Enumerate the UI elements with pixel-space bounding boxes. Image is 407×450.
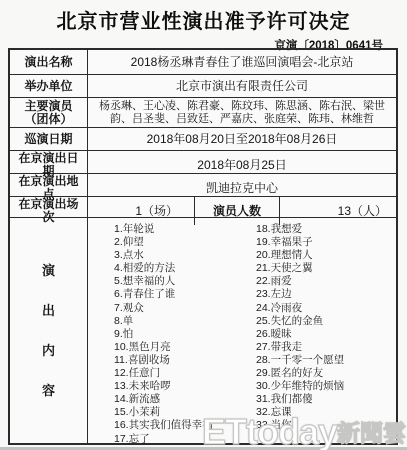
row-organizer: 举办单位 北京市演出有限责任公司 xyxy=(10,75,396,98)
song-list: 1.年轮说 2.仰望 3.点水 4.相爱的方法 5.想幸福的人 6.青春住了谁 … xyxy=(88,218,396,443)
row-performance-content: 演 出 内 容 1.年轮说 2.仰望 3.点水 4.相爱的方法 5.想幸福的人 … xyxy=(10,218,396,443)
song-item: 10.黑色月亮 xyxy=(114,341,213,354)
song-item: 12.任意门 xyxy=(114,367,213,380)
song-item: 21.天使之翼 xyxy=(256,262,344,275)
song-item: 20.理想情人 xyxy=(256,249,344,262)
tour-dates-value: 2018年08月20日至2018年08月26日 xyxy=(88,128,396,150)
row-show-counts: 在京演出场次 1（场） 演员人数 13（人） xyxy=(10,197,396,218)
main-performers-label: 主要演员（团体） xyxy=(10,98,88,127)
song-item: 19.幸福果子 xyxy=(256,236,344,249)
song-item: 27.带我走 xyxy=(256,341,344,354)
song-list-left-column: 1.年轮说 2.仰望 3.点水 4.相爱的方法 5.想幸福的人 6.青春住了谁 … xyxy=(114,223,213,446)
song-item: 23.左边 xyxy=(256,288,344,301)
song-item: 9.怕 xyxy=(114,328,213,341)
song-list-right-column: 18.我想爱 19.幸福果子 20.理想情人 21.天使之翼 22.雨爱 23.… xyxy=(256,223,344,433)
performance-content-label: 演 出 内 容 xyxy=(10,218,88,443)
permit-document: 北京市营业性演出准予许可决定 京演〔2018〕0641号 演出名称 2018杨丞… xyxy=(0,0,407,53)
performance-name-value: 2018杨丞琳青春住了谁巡回演唱会-北京站 xyxy=(88,50,396,74)
permit-table: 演出名称 2018杨丞琳青春住了谁巡回演唱会-北京站 举办单位 北京市演出有限责… xyxy=(8,48,398,445)
song-item: 6.青春住了谁 xyxy=(114,288,213,301)
tour-dates-label: 巡演日期 xyxy=(10,128,88,150)
song-item: 24.冷雨夜 xyxy=(256,302,344,315)
song-item: 17.忘了 xyxy=(114,433,213,446)
row-beijing-venue: 在京演出地点 凯迪拉克中心 xyxy=(10,174,396,197)
organizer-label: 举办单位 xyxy=(10,75,88,97)
song-item: 30.少年维特的烦恼 xyxy=(256,380,344,393)
song-item: 18.我想爱 xyxy=(256,223,344,236)
song-item: 22.雨爱 xyxy=(256,275,344,288)
performance-name-label: 演出名称 xyxy=(10,50,88,74)
song-item: 15.小茉莉 xyxy=(114,406,213,419)
song-item: 26.暧昧 xyxy=(256,328,344,341)
document-title: 北京市营业性演出准予许可决定 xyxy=(0,0,407,34)
main-performers-value: 杨丞琳、王心凌、陈君豪、陈玟玮、陈思涵、陈右泯、梁世韵、吕圣斐、吕致廷、严嘉庆、… xyxy=(88,98,396,127)
song-item: 4.相爱的方法 xyxy=(114,262,213,275)
watermark-latin-text: ETtoday xyxy=(202,411,337,450)
song-item: 29.匿名的好友 xyxy=(256,367,344,380)
song-item: 31.我们都傻 xyxy=(256,393,344,406)
song-item: 16.其实我们值得幸福 xyxy=(114,419,213,432)
song-item: 8.单 xyxy=(114,315,213,328)
song-item: 2.仰望 xyxy=(114,236,213,249)
ettoday-watermark: ETtoday新聞雲 xyxy=(202,414,406,450)
song-item: 11.喜剧收场 xyxy=(114,354,213,367)
song-item: 1.年轮说 xyxy=(114,223,213,236)
song-item: 3.点水 xyxy=(114,249,213,262)
row-main-performers: 主要演员（团体） 杨丞琳、王心凌、陈君豪、陈玟玮、陈思涵、陈右泯、梁世韵、吕圣斐… xyxy=(10,98,396,128)
content-label-char: 出 xyxy=(42,304,55,317)
content-label-char: 容 xyxy=(42,384,55,397)
row-tour-dates: 巡演日期 2018年08月20日至2018年08月26日 xyxy=(10,128,396,151)
watermark-cjk-text: 新聞雲 xyxy=(337,420,406,446)
song-item: 5.想幸福的人 xyxy=(114,275,213,288)
content-label-char: 内 xyxy=(42,344,55,357)
row-beijing-show-date: 在京演出日期 2018年08月25日 xyxy=(10,151,396,174)
row-performance-name: 演出名称 2018杨丞琳青春住了谁巡回演唱会-北京站 xyxy=(10,50,396,75)
content-label-char: 演 xyxy=(42,264,55,277)
song-item: 7.观众 xyxy=(114,302,213,315)
organizer-value: 北京市演出有限责任公司 xyxy=(88,75,396,97)
song-item: 13.未来哈啰 xyxy=(114,380,213,393)
song-item: 28.一千零一个愿望 xyxy=(256,354,344,367)
song-item: 14.新流感 xyxy=(114,393,213,406)
song-item: 25.失忆的金鱼 xyxy=(256,315,344,328)
